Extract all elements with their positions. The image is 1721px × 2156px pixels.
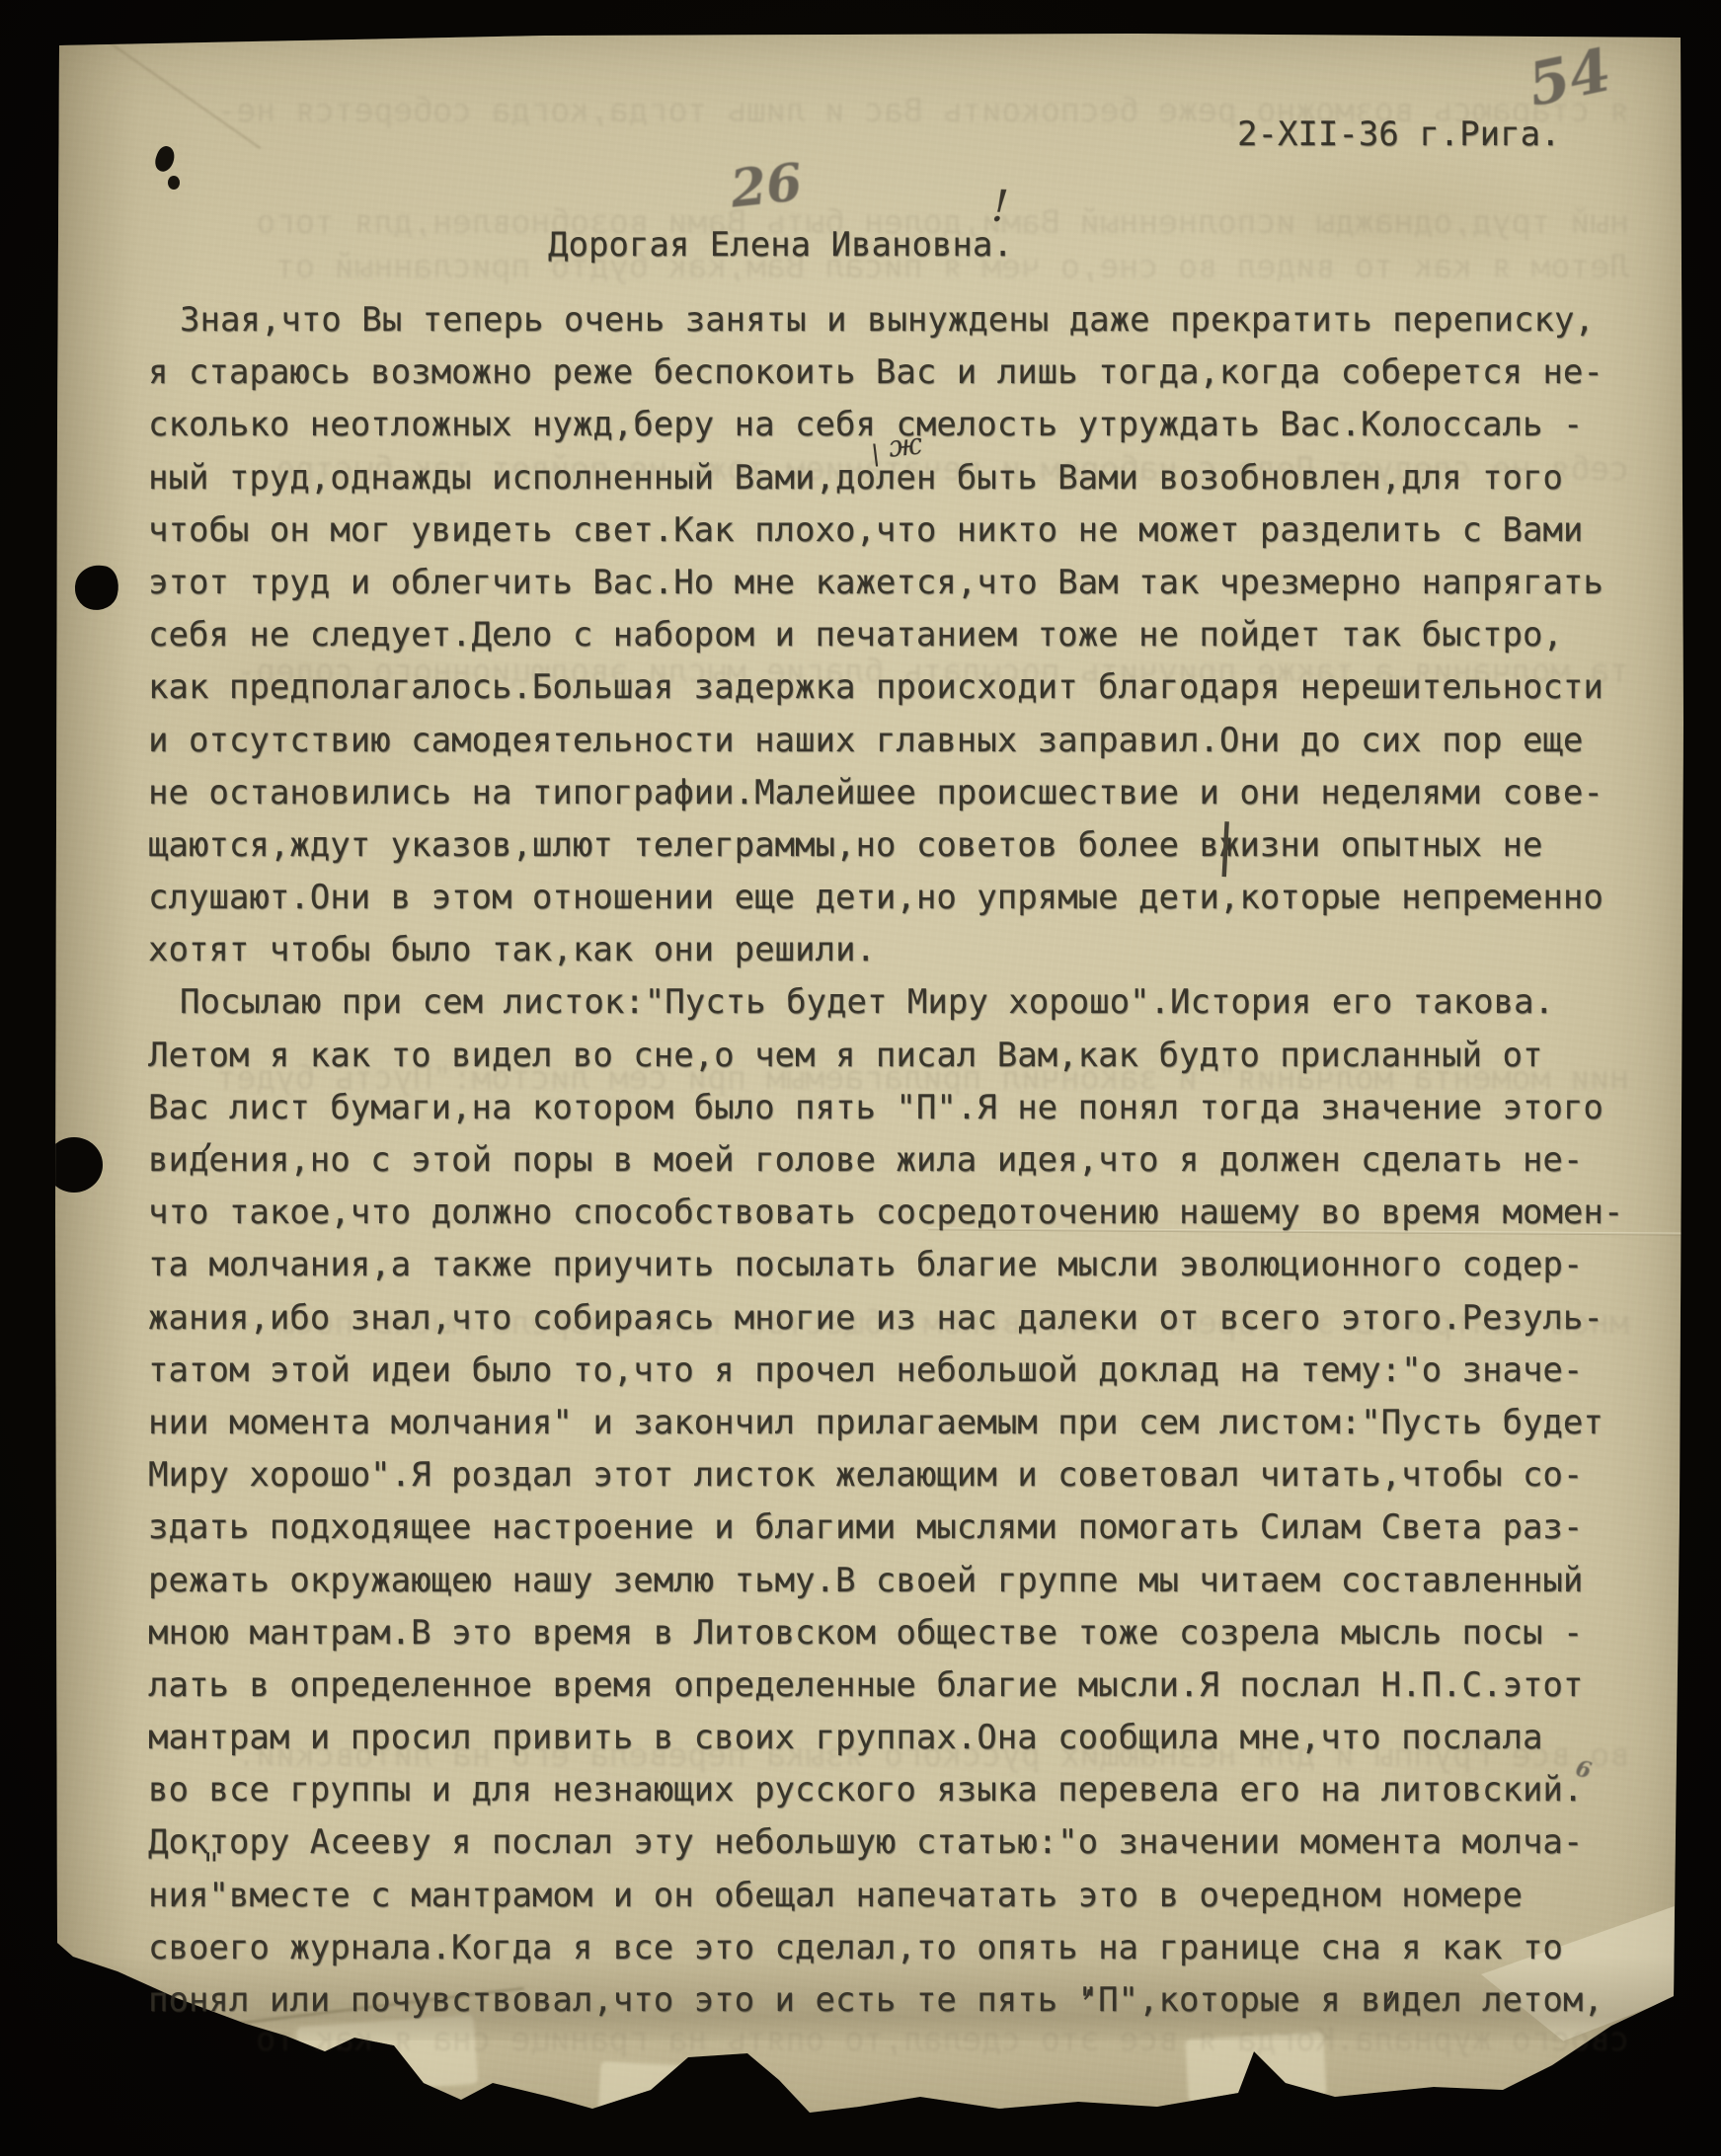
letter-line: себя не следует.Дело с набором и печатан… <box>148 609 1708 661</box>
letter-line: своего журнала.Когда я все это сделал,то… <box>148 1922 1708 1974</box>
letter-line: во все группы и для незнающих русского я… <box>148 1764 1708 1816</box>
letter-line: хотят чтобы было так,как они решили. <box>148 924 1708 976</box>
letter-line: слушают.Они в этом отношении еще дети,но… <box>148 872 1708 924</box>
letter-line: видения,но с этой поры в моей голове жил… <box>148 1134 1708 1187</box>
letter-line: жания,ибо знал,что собираясь многие из н… <box>148 1292 1708 1345</box>
letter-line: татом этой идеи было то,что я прочел неб… <box>148 1345 1708 1397</box>
photo-background: я стараюсь возможно реже беспокоить Вас … <box>0 0 1721 2156</box>
letter-line: Посылаю при сем листок:"Пусть будет Миру… <box>148 976 1708 1029</box>
inserted-comma-vas: , <box>201 1112 214 1157</box>
letter-line: Зная,что Вы теперь очень заняты и вынужд… <box>148 294 1708 346</box>
word-divider-stroke: | <box>1214 813 1236 879</box>
letter-line: Миру хорошо".Я роздал этот листок желающ… <box>148 1449 1708 1501</box>
letter-line: Летом я как то видел во сне,о чем я писа… <box>148 1030 1708 1082</box>
letter-line: Вас лист бумаги,на котором было пять "П"… <box>148 1082 1708 1134</box>
letter-line: и отсутствию самодеятельности наших глав… <box>148 715 1708 767</box>
torn-flap <box>598 2061 759 2123</box>
inserted-quote-niya: " <box>203 1846 219 1886</box>
letter-line: чтобы он мог увидеть свет.Как плохо,что … <box>148 504 1708 557</box>
letter-line: как предполагалось.Большая задержка прои… <box>148 661 1708 714</box>
letter-line: здать подходящее настроение и благими мы… <box>148 1501 1708 1554</box>
letter-line: сколько неотложных нужд,беру на себя сме… <box>148 399 1708 451</box>
salutation: Дорогая Елена Ивановна. <box>548 225 1013 265</box>
punch-hole <box>45 1137 103 1193</box>
caret-mark: \ <box>871 438 880 471</box>
page-number: 26 <box>728 152 805 219</box>
letter-line: не остановились на типографии.Малейшее п… <box>148 767 1708 819</box>
letter-line: что такое,что должно способствовать соср… <box>148 1187 1708 1239</box>
letter-line: та молчания,а также приучить посылать бл… <box>148 1239 1708 1291</box>
letter-body: Зная,что Вы теперь очень заняты и вынужд… <box>148 294 1708 2027</box>
letter-line: ния"вместе с мантрамом и он обещал напеч… <box>148 1870 1708 1922</box>
letter-line: нии момента молчания" и закончил прилага… <box>148 1397 1708 1449</box>
letter-line: я стараюсь возможно реже беспокоить Вас … <box>148 346 1708 399</box>
letter-line: Доктору Асееву я послал эту небольшую ст… <box>148 1816 1708 1869</box>
inserted-letter-zh: ж <box>887 426 924 464</box>
letter-line: режать окружающею нашу землю тьму.В свое… <box>148 1555 1708 1607</box>
letter-line: щаются,ждут указов,шлют телеграммы,но со… <box>148 819 1708 872</box>
letter-line: мною мантрам.В это время в Литовском общ… <box>148 1607 1708 1659</box>
letter-line: мантрам и просил привить в своих группах… <box>148 1712 1708 1764</box>
exclamation-insert: ! <box>990 182 1009 233</box>
letter-line: лать в определенное время определенные б… <box>148 1659 1708 1712</box>
paper-nick <box>168 176 180 190</box>
letter-line: этот труд и облегчить Вас.Но мне кажется… <box>148 557 1708 609</box>
letter-line: понял или почувствовал,что это и есть те… <box>148 1974 1708 2027</box>
letter-line: ный труд,однажды исполненный Вами,долен … <box>148 452 1708 504</box>
dateline: 2-XII-36 г.Рига. <box>1237 115 1561 154</box>
paper-nick <box>152 144 178 175</box>
